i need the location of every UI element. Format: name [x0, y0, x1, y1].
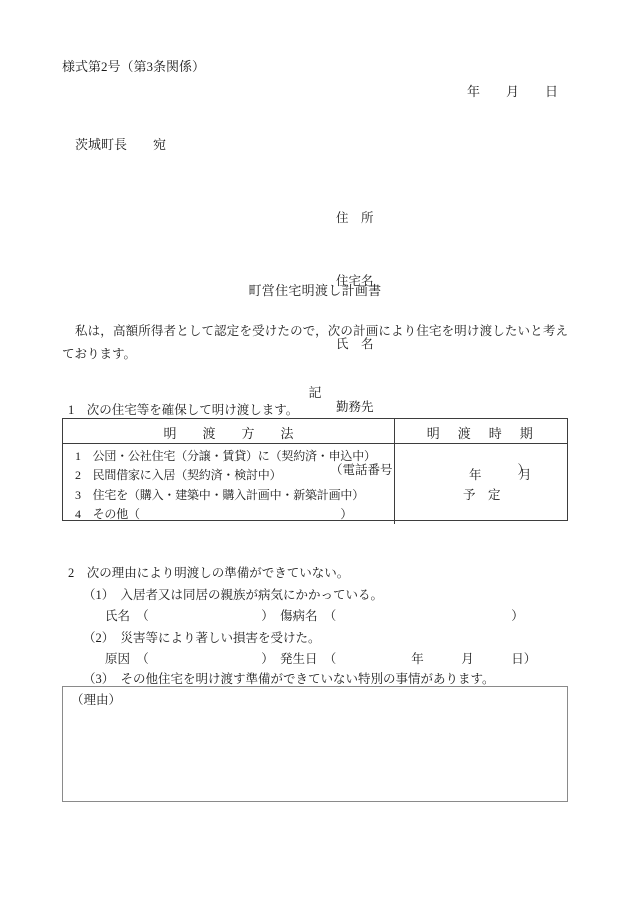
section2-item1-label: （1） 入居者又は同居の親族が病気にかかっている。: [83, 588, 383, 602]
section2-item1-fields: 氏名 （ ） 傷病名 （ ）: [105, 609, 524, 623]
body-paragraph: 私は，高額所得者として認定を受けたので，次の計画により住宅を明け渡したいと考えて…: [62, 320, 568, 366]
document-title: 町営住宅明渡し計画書: [0, 284, 630, 299]
table-header-method: 明 渡 方 法: [63, 419, 395, 444]
table-header-period: 明 渡 時 期: [395, 419, 567, 444]
table-period-cell: 年 月 予 定: [395, 444, 567, 524]
table-row: 3 住宅を（購入・建築中・購入計画中・新築計画中）: [75, 486, 394, 505]
table-row: 1 公団・公社住宅（分譲・賃貸）に（契約済・申込中）: [75, 447, 394, 466]
record-marker: 記: [0, 386, 630, 401]
table-method-cell: 1 公団・公社住宅（分譲・賃貸）に（契約済・申込中） 2 民間借家に入居（契約済…: [63, 444, 395, 524]
applicant-address-label: 住 所: [330, 208, 530, 229]
addressee: 茨城町長 宛: [75, 138, 166, 153]
section1-heading: 1 次の住宅等を確保して明け渡します。: [68, 403, 298, 417]
form-number: 様式第2号（第3条関係）: [62, 60, 205, 75]
period-year-month: 年 月: [469, 465, 532, 483]
form-page: 様式第2号（第3条関係） 年 月 日 茨城町長 宛 住 所 住宅名 氏 名 勤務…: [0, 0, 630, 903]
section2-item2-label: （2） 災害等により著しい損害を受けた。: [83, 631, 321, 645]
reason-box: （理由）: [62, 686, 568, 802]
reason-label: （理由）: [63, 687, 567, 708]
section2-item2-fields: 原因 （ ） 発生日 （ 年 月 日）: [105, 652, 536, 666]
table-row: 2 民間借家に入居（契約済・検討中）: [75, 466, 394, 485]
handover-table: 明 渡 方 法 明 渡 時 期 1 公団・公社住宅（分譲・賃貸）に（契約済・申込…: [62, 418, 568, 521]
section2-heading: 2 次の理由により明渡しの準備ができていない。: [68, 566, 349, 580]
section2-item3-label: （3） その他住宅を明け渡す準備ができていない特別の事情があります。: [83, 672, 495, 686]
table-row: 4 その他（ ）: [75, 505, 394, 524]
date-line: 年 月 日: [62, 85, 558, 100]
period-planned: 予 定: [463, 485, 501, 503]
